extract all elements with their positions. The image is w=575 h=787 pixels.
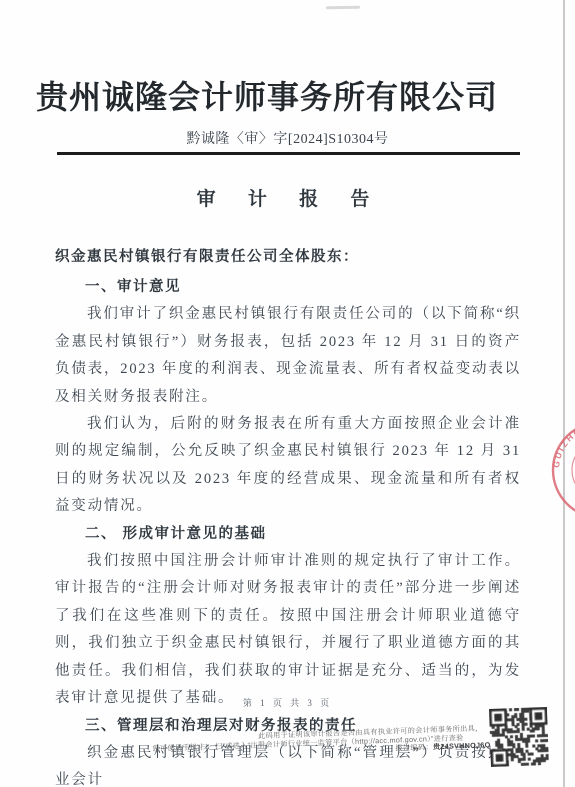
- scan-edge-line: [563, 0, 565, 787]
- report-code-label: 报告编码：: [395, 742, 433, 752]
- seal-arc-text: GUIZHOU CHENGLONG: [551, 420, 575, 472]
- scan-smudge: [326, 6, 360, 10]
- report-title: 审 计 报 告: [40, 184, 535, 211]
- section-1-paragraph-2: 我们认为，后附的财务报表在所有重大方面按照企业会计准则的规定编制，公允反映了织金…: [55, 411, 521, 521]
- section-2-paragraph-1: 我们按照中国注册会计师审计准则的规定执行了审计工作。审计报告的“注册会计师对财务…: [55, 548, 521, 712]
- header-rule: [57, 152, 520, 155]
- section-2-heading: 二、 形成审计意见的基础: [55, 521, 521, 548]
- qr-code: [489, 707, 549, 767]
- page-indicator: 第 1 页 共 3 页: [40, 696, 535, 709]
- report-body: 一、审计意见 我们审计了织金惠民村镇银行有限责任公司的（以下简称“织金惠民村镇银…: [55, 274, 521, 787]
- section-1-heading: 一、审计意见: [55, 274, 521, 301]
- document-page: 贵州诚隆会计师事务所有限公司 黔诚隆〈审〉字[2024]S10304号 审 计 …: [0, 0, 575, 787]
- firm-name: 贵州诚隆会计师事务所有限公司: [28, 72, 506, 118]
- svg-text:GUIZHOU CHENGLONG: GUIZHOU CHENGLONG: [551, 420, 575, 472]
- reference-number: 黔诚隆〈审〉字[2024]S10304号: [40, 128, 535, 148]
- report-code: 贵24SVHNOJ6Q: [433, 740, 491, 751]
- company-seal-partial: GUIZHOU CHENGLONG: [540, 412, 575, 532]
- section-1-paragraph-1: 我们审计了织金惠民村镇银行有限责任公司的（以下简称“织金惠民村镇银行”）财务报表…: [55, 301, 521, 411]
- salutation: 织金惠民村镇银行有限责任公司全体股东：: [55, 245, 525, 266]
